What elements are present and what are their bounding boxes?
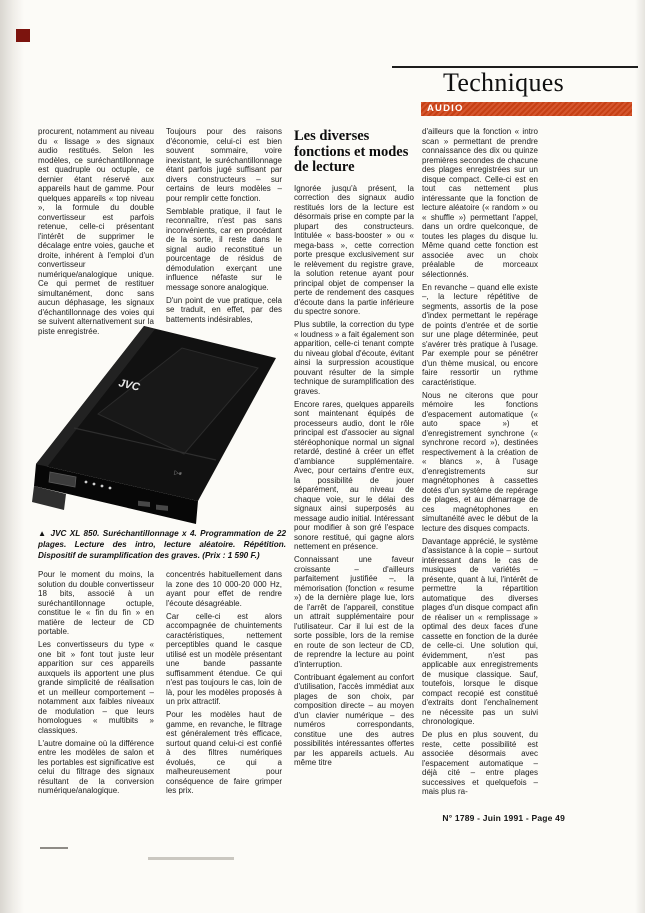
paragraph: Davantage apprécié, le système d'assista… [422, 537, 538, 727]
magazine-page: Techniques AUDIO procurent, notamment au… [0, 0, 645, 913]
scan-edge-shadow-left [0, 0, 24, 913]
paragraph: Plus subtile, la correction du type « lo… [294, 320, 414, 396]
control-dot [109, 487, 112, 490]
paragraph: L'autre domaine où la différence entre l… [38, 739, 154, 796]
paragraph: Nous ne citerons que pour mémoire les fo… [422, 391, 538, 534]
scan-artifact-smudge [148, 857, 234, 860]
paragraph: Les convertisseurs du type « one bit » f… [38, 640, 154, 735]
category-badge: AUDIO [421, 102, 632, 116]
page-footer: N° 1789 - Juin 1991 - Page 49 [360, 813, 565, 823]
paragraph: Contribuant également au confort d'utili… [294, 673, 414, 768]
jvc-cd-player-image: JVC ▷⏸ [26, 296, 294, 530]
column-4-text: d'ailleurs que la fonction « intro scan … [422, 127, 538, 800]
paragraph: Pour les modèles haut de gamme, en revan… [166, 710, 282, 796]
paragraph: Car celle-ci est alors accompagnée de ch… [166, 612, 282, 707]
column-2-bottom-text: concentrés habituellement dans la zone d… [166, 570, 282, 799]
product-photo: JVC ▷⏸ [26, 296, 294, 530]
paragraph: En revanche – quand elle existe –, la le… [422, 283, 538, 388]
control-dot [93, 483, 96, 486]
paragraph: De plus en plus souvent, du reste, cette… [422, 730, 538, 797]
paragraph: d'ailleurs que la fonction « intro scan … [422, 127, 538, 279]
paragraph: Encore rares, quelques appareils sont ma… [294, 400, 414, 552]
paragraph: Semblable pratique, il faut le reconnaît… [166, 207, 282, 293]
control-dot [85, 481, 88, 484]
paragraph: Toujours pour des raisons d'économie, ce… [166, 127, 282, 203]
paragraph: concentrés habituellement dans la zone d… [166, 570, 282, 608]
paragraph: Pour le moment du moins, la solution du … [38, 570, 154, 637]
scan-artifact-line [40, 847, 68, 849]
paragraph: Connaissant une faveur croissante – d'ai… [294, 555, 414, 669]
category-bar: AUDIO [421, 102, 632, 116]
column-3-text: Les diversesfonctions et modesde lecture… [294, 127, 414, 771]
scan-edge-shadow-right [635, 0, 645, 913]
column-1-bottom-text: Pour le moment du moins, la solution du … [38, 570, 154, 799]
column-3-paragraphs: Ignorée jusqu'à présent, la correction d… [294, 184, 414, 768]
paragraph: Ignorée jusqu'à présent, la correction d… [294, 184, 414, 317]
section-title: Techniques [443, 68, 643, 98]
control-dot [101, 485, 104, 488]
photo-caption: ▲ JVC XL 850. Suréchantillonnage x 4. Pr… [38, 529, 286, 561]
corner-registration-mark [16, 29, 30, 42]
